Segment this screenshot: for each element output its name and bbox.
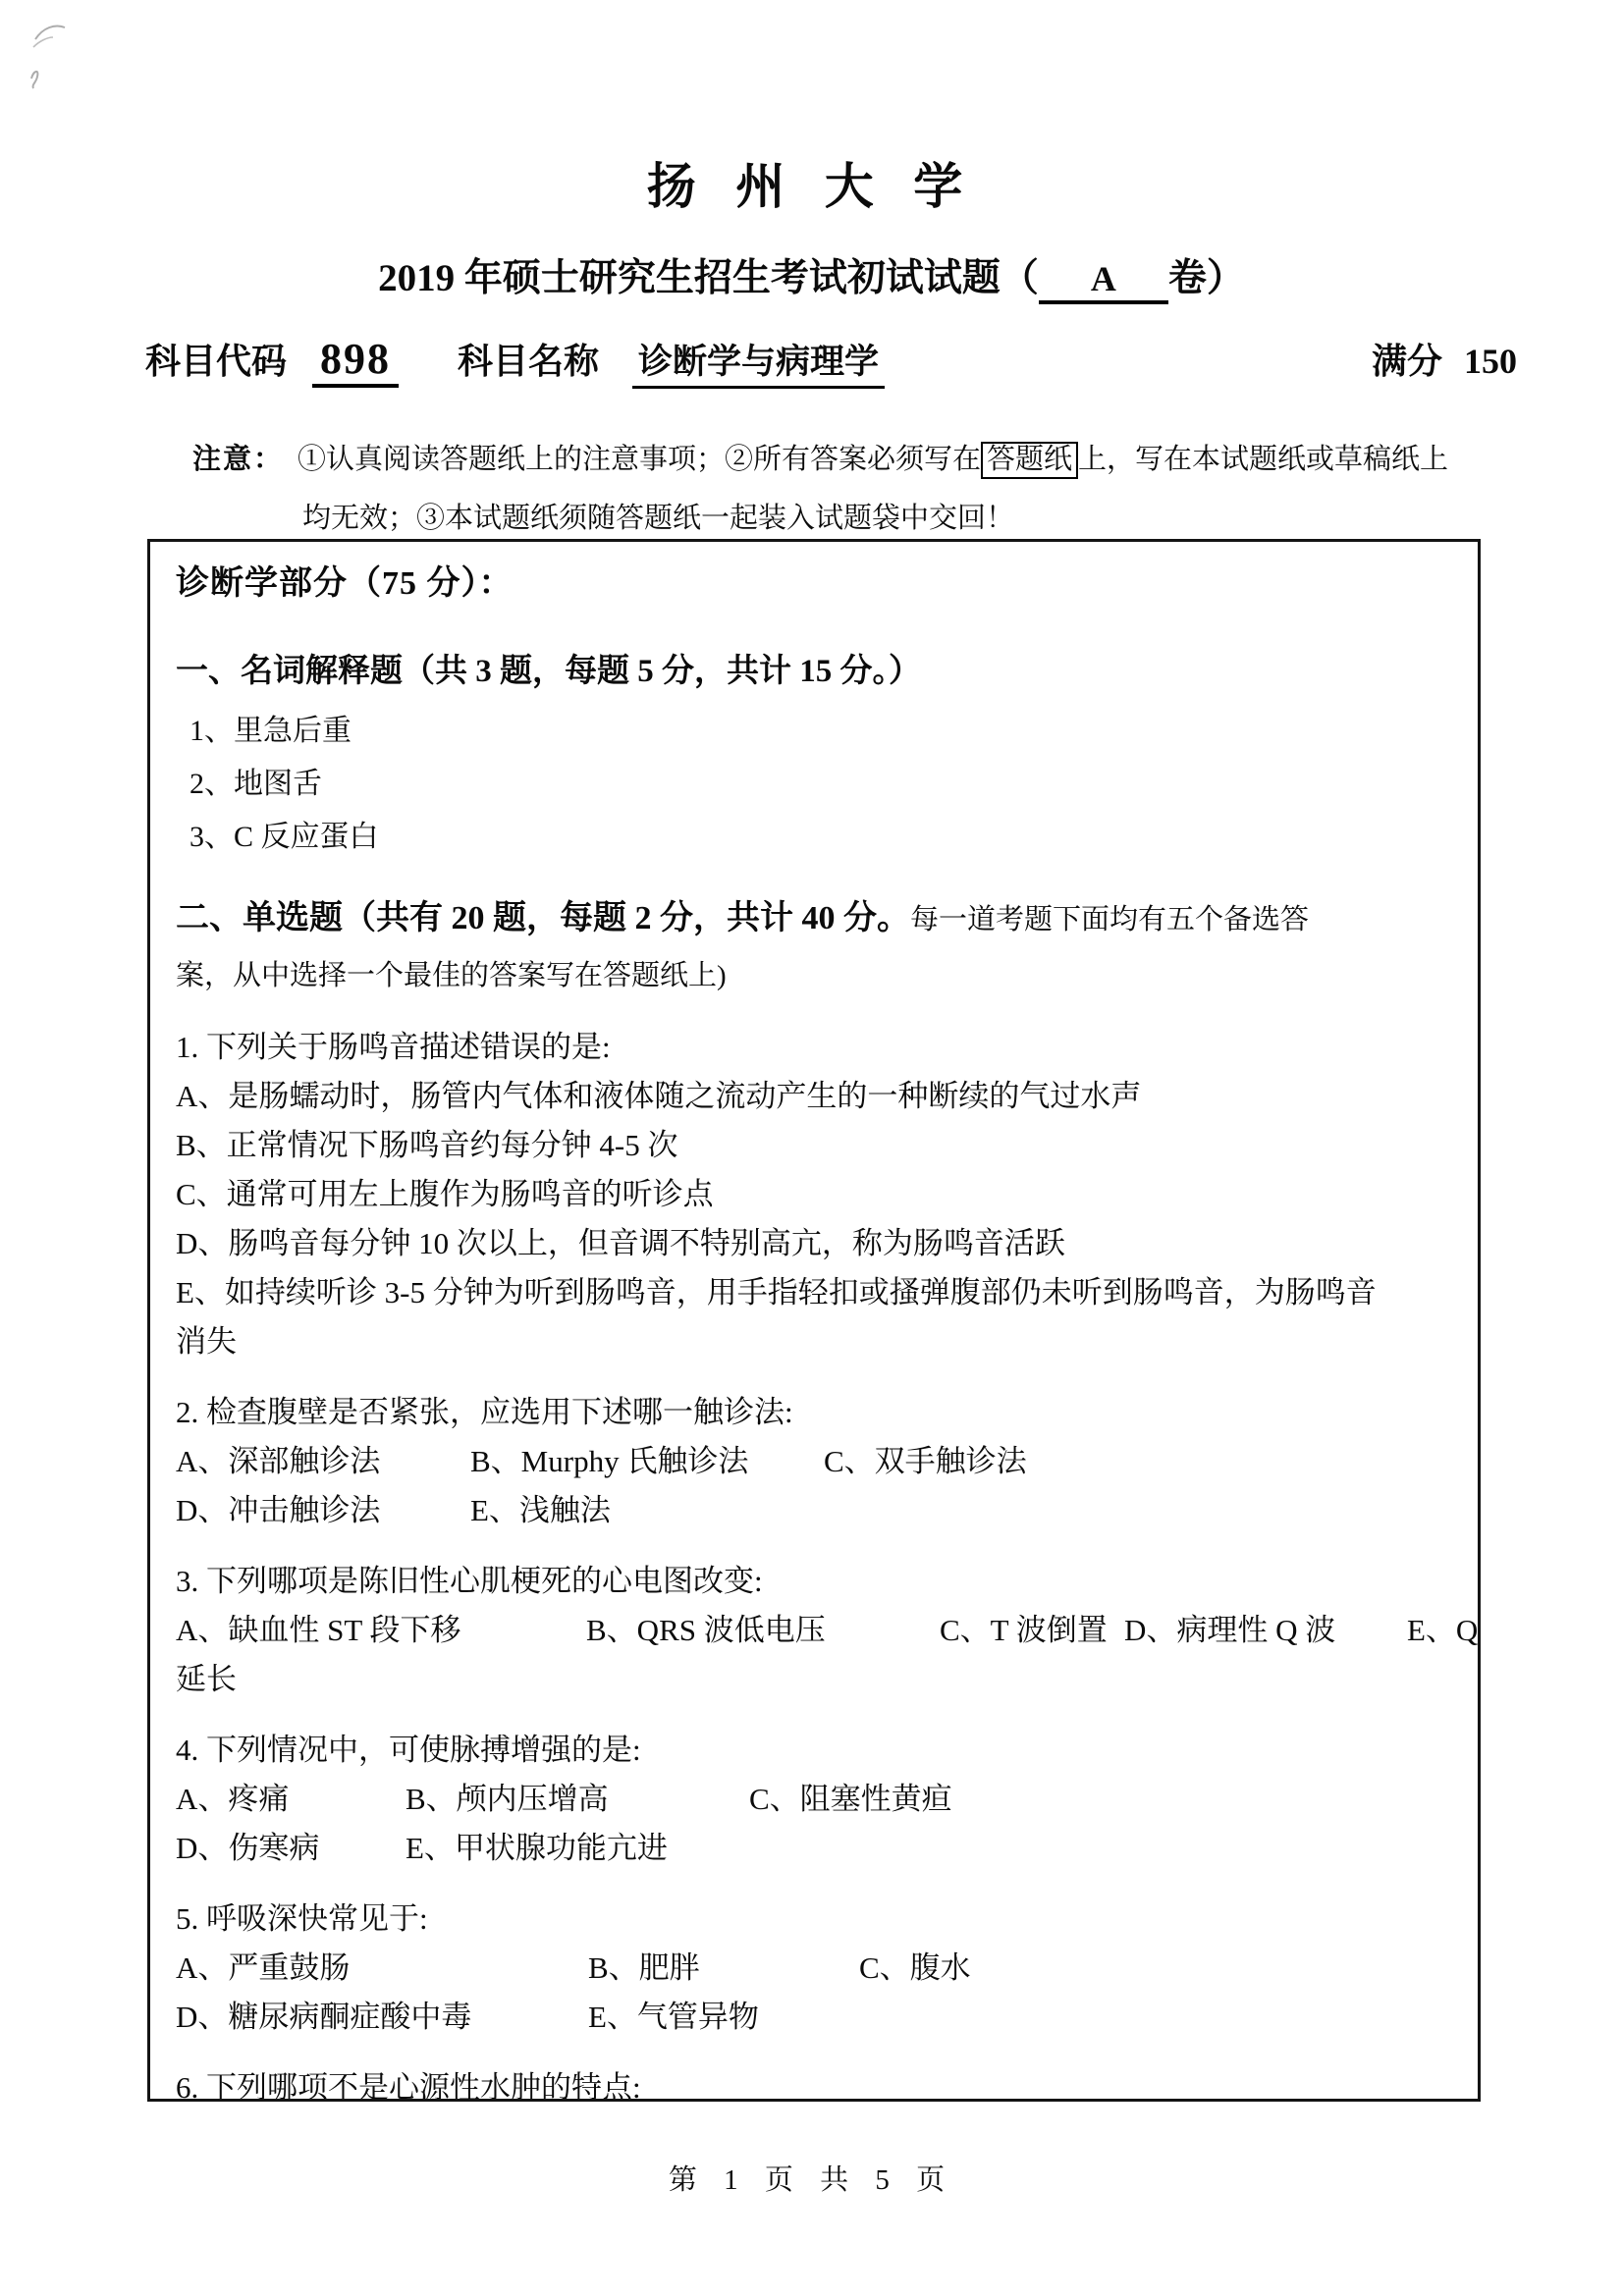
section2-title: 二、单选题（共有 20 题，每题 2 分，共计 40 分。每一道考题下面均有五个…: [176, 893, 1452, 950]
full-score-value: 150: [1464, 342, 1517, 381]
exam-title-suffix: 卷）: [1168, 257, 1245, 299]
question-text: C、双手触诊法: [824, 1437, 1027, 1486]
exam-variant: A: [1039, 257, 1168, 304]
subject-name-label: 科目名称: [458, 334, 599, 384]
question-text: A、疼痛: [176, 1775, 406, 1824]
exam-title-line: 2019 年硕士研究生招生考试初试试题（A卷）: [0, 247, 1623, 304]
question-line: A、是肠蠕动时，肠管内气体和液体随之流动产生的一种断续的气过水声: [176, 1072, 1452, 1121]
notice-block: 注意：①认真阅读答题纸上的注意事项；②所有答案必须写在答题纸上，写在本试题纸或草…: [192, 430, 1498, 548]
question-line: A、疼痛B、颅内压增高C、阻塞性黄疸: [176, 1775, 1452, 1824]
questions: 1. 下列关于肠鸣音描述错误的是:A、是肠蠕动时，肠管内气体和液体随之流动产生的…: [176, 1023, 1452, 2102]
question-text: A、严重鼓肠: [176, 1944, 588, 1993]
question-block: 5. 呼吸深快常见于:A、严重鼓肠B、肥胖C、腹水D、糖尿病酮症酸中毒E、气管异…: [176, 1895, 1452, 2042]
notice-label: 注意：: [192, 444, 284, 475]
section2-title-regular: 每一道考题下面均有五个备选答: [910, 904, 1309, 935]
question-text: 延长: [176, 1655, 237, 1704]
question-text: A、是肠蠕动时，肠管内气体和液体随之流动产生的一种断续的气过水声: [176, 1072, 1141, 1121]
answer-sheet-boxed-word: 答题纸: [981, 442, 1078, 479]
question-text: C、腹水: [859, 1944, 971, 1993]
question-text: 1. 下列关于肠鸣音描述错误的是:: [176, 1023, 611, 1072]
question-text: D、冲击触诊法: [176, 1486, 470, 1535]
question-text: B、正常情况下肠鸣音约每分钟 4-5 次: [176, 1121, 678, 1170]
term-item: 3、C 反应蛋白: [189, 811, 1452, 864]
question-line: 6. 下列哪项不是心源性水肿的特点:: [176, 2063, 1452, 2102]
question-text: 6. 下列哪项不是心源性水肿的特点:: [176, 2063, 641, 2102]
question-block: 4. 下列情况中，可使脉搏增强的是:A、疼痛B、颅内压增高C、阻塞性黄疸D、伤寒…: [176, 1726, 1452, 1873]
question-text: D、肠鸣音每分钟 10 次以上，但音调不特别高亢，称为肠鸣音活跃: [176, 1219, 1065, 1268]
notice-line-1: 注意：①认真阅读答题纸上的注意事项；②所有答案必须写在答题纸上，写在本试题纸或草…: [192, 430, 1498, 489]
question-line: D、冲击触诊法E、浅触法: [176, 1486, 1452, 1535]
exam-paper-page: { "header": { "university": "扬 州 大 学", "…: [0, 0, 1623, 2296]
section1-items: 1、里急后重2、地图舌3、C 反应蛋白: [189, 705, 1452, 864]
question-block: 3. 下列哪项是陈旧性心肌梗死的心电图改变:A、缺血性 ST 段下移B、QRS …: [176, 1557, 1452, 1704]
question-block: 2. 检查腹壁是否紧张，应选用下述哪一触诊法:A、深部触诊法B、Murphy 氏…: [176, 1388, 1452, 1535]
question-text: C、通常可用左上腹作为肠鸣音的听诊点: [176, 1170, 714, 1219]
notice-text-1b: 上，写在本试题纸或草稿纸上: [1078, 444, 1448, 475]
question-block: 6. 下列哪项不是心源性水肿的特点:A、眼睑水肿B、颈静脉怒张C、肝肿大: [176, 2063, 1452, 2102]
question-line: B、正常情况下肠鸣音约每分钟 4-5 次: [176, 1121, 1452, 1170]
question-text: E、Q-T: [1407, 1606, 1481, 1655]
full-score: 满分150: [1372, 334, 1517, 384]
question-line: C、通常可用左上腹作为肠鸣音的听诊点: [176, 1170, 1452, 1219]
question-text: E、气管异物: [588, 1993, 759, 2042]
section2-title-bold: 二、单选题（共有 20 题，每题 2 分，共计 40 分。: [176, 900, 910, 936]
term-item: 1、里急后重: [189, 705, 1452, 758]
subject-name-value: 诊断学与病理学: [632, 335, 885, 389]
question-line: A、深部触诊法B、Murphy 氏触诊法C、双手触诊法: [176, 1437, 1452, 1486]
question-text: C、阻塞性黄疸: [749, 1775, 952, 1824]
question-text: 5. 呼吸深快常见于:: [176, 1895, 428, 1944]
question-text: B、Murphy 氏触诊法: [470, 1437, 824, 1486]
university-title: 扬 州 大 学: [0, 147, 1623, 218]
page-footer: 第 1 页 共 5 页: [0, 2158, 1623, 2198]
section1-title: 一、名词解释题（共 3 题，每题 5 分，共计 15 分。）: [176, 645, 1452, 691]
question-line: 1. 下列关于肠鸣音描述错误的是:: [176, 1023, 1452, 1072]
question-text: C、T 波倒置: [940, 1606, 1124, 1655]
question-text: D、病理性 Q 波: [1124, 1606, 1407, 1655]
question-text: B、QRS 波低电压: [586, 1606, 940, 1655]
question-line: 5. 呼吸深快常见于:: [176, 1895, 1452, 1944]
question-line: A、缺血性 ST 段下移B、QRS 波低电压C、T 波倒置D、病理性 Q 波E、…: [176, 1606, 1452, 1655]
question-text: 3. 下列哪项是陈旧性心肌梗死的心电图改变:: [176, 1557, 763, 1606]
question-text: D、伤寒病: [176, 1824, 406, 1873]
question-text: A、深部触诊法: [176, 1437, 470, 1486]
pencil-scribble-mark: [22, 18, 90, 96]
notice-text-1a: ①认真阅读答题纸上的注意事项；②所有答案必须写在: [298, 444, 981, 475]
question-area-box: 诊断学部分（75 分）： 一、名词解释题（共 3 题，每题 5 分，共计 15 …: [147, 539, 1481, 2102]
question-text: B、颅内压增高: [406, 1775, 749, 1824]
question-line: 消失: [176, 1317, 1452, 1366]
question-text: E、如持续听诊 3-5 分钟为听到肠鸣音，用手指轻扣或搔弹腹部仍未听到肠鸣音，为…: [176, 1268, 1377, 1317]
question-line: A、严重鼓肠B、肥胖C、腹水: [176, 1944, 1452, 1993]
question-text: E、甲状腺功能亢进: [406, 1824, 668, 1873]
question-text: B、肥胖: [588, 1944, 859, 1993]
subject-code-label: 科目代码: [145, 334, 287, 384]
question-line: D、肠鸣音每分钟 10 次以上，但音调不特别高亢，称为肠鸣音活跃: [176, 1219, 1452, 1268]
question-line: 3. 下列哪项是陈旧性心肌梗死的心电图改变:: [176, 1557, 1452, 1606]
question-line: E、如持续听诊 3-5 分钟为听到肠鸣音，用手指轻扣或搔弹腹部仍未听到肠鸣音，为…: [176, 1268, 1452, 1317]
question-block: 1. 下列关于肠鸣音描述错误的是:A、是肠蠕动时，肠管内气体和液体随之流动产生的…: [176, 1023, 1452, 1366]
section2-title-line2: 案，从中选择一个最佳的答案写在答题纸上): [176, 950, 1452, 1001]
question-text: E、浅触法: [470, 1486, 611, 1535]
question-line: 延长: [176, 1655, 1452, 1704]
part-title: 诊断学部分（75 分）：: [176, 556, 1452, 604]
subject-row: 科目代码 898 科目名称 诊断学与病理学 满分150: [145, 334, 1517, 389]
question-line: D、糖尿病酮症酸中毒E、气管异物: [176, 1993, 1452, 2042]
question-line: 2. 检查腹壁是否紧张，应选用下述哪一触诊法:: [176, 1388, 1452, 1437]
question-line: 4. 下列情况中，可使脉搏增强的是:: [176, 1726, 1452, 1775]
subject-code-value: 898: [312, 334, 399, 388]
question-text: 消失: [176, 1317, 237, 1366]
question-text: D、糖尿病酮症酸中毒: [176, 1993, 588, 2042]
exam-title-prefix: 2019 年硕士研究生招生考试初试试题（: [378, 257, 1039, 299]
question-text: 4. 下列情况中，可使脉搏增强的是:: [176, 1726, 641, 1775]
term-item: 2、地图舌: [189, 758, 1452, 811]
full-score-label: 满分: [1372, 342, 1442, 381]
question-text: A、缺血性 ST 段下移: [176, 1606, 586, 1655]
question-line: D、伤寒病E、甲状腺功能亢进: [176, 1824, 1452, 1873]
question-text: 2. 检查腹壁是否紧张，应选用下述哪一触诊法:: [176, 1388, 793, 1437]
